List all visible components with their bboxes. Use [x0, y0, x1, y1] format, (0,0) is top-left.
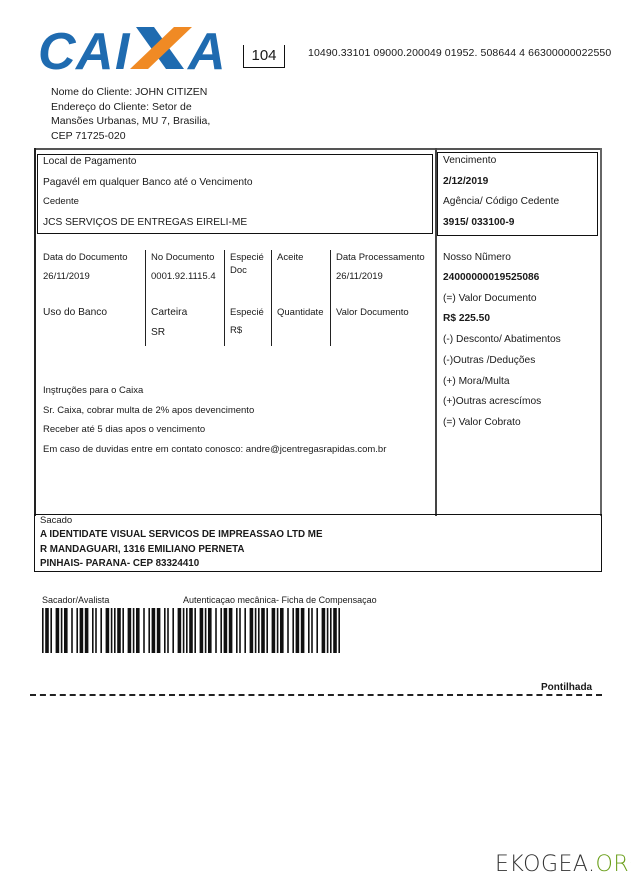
frame-top [34, 148, 601, 150]
autenticacao-label: Autenticaçao mecânica- Ficha de Compensa… [183, 595, 377, 605]
grid-divider [145, 250, 146, 346]
nosso-numero-value: 24000000019525086 [443, 272, 539, 283]
client-info: Nome do Cliente: JOHN CITIZEN Endereço d… [51, 85, 210, 143]
svg-text:C: C [38, 24, 77, 72]
instruction-line: Receber até 5 dias apos o vencimento [43, 424, 205, 435]
bank-code: 104 [243, 45, 285, 68]
sacado-city: PINHAIS- PARANA- CEP 83324410 [40, 558, 199, 569]
grid-divider [271, 250, 272, 346]
grid-divider [330, 250, 331, 346]
svg-text:A: A [186, 24, 226, 72]
especie-doc-label-2: Doc [230, 265, 247, 276]
cedente-value: JCS SERVIÇOS DE ENTREGAS EIRELI-ME [43, 217, 247, 228]
sacador-label: Sacador/Avalista [42, 595, 109, 605]
vencimento-label: Vencimento [443, 155, 496, 166]
nosso-numero-label: Nosso Nũmero [443, 252, 511, 263]
frame-left [34, 148, 36, 516]
data-documento-value: 26/11/2019 [43, 271, 90, 282]
caixa-logo: C A I A [38, 24, 230, 72]
agencia-label: Agência/ Código Cedente [443, 196, 559, 207]
agencia-value: 3915/ 033100-9 [443, 217, 514, 228]
uso-banco-label: Uso do Banco [43, 307, 107, 318]
cedente-label: Cedente [43, 196, 79, 207]
especie-label: Especié [230, 307, 264, 318]
svg-text:A: A [74, 24, 114, 72]
watermark: EKOGEA.ORG [495, 852, 631, 877]
especie-doc-label: Especié [230, 252, 264, 263]
sacado-label: Sacado [40, 515, 72, 526]
digitable-line: 10490.33101 09000.200049 01952. 508644 4… [308, 47, 611, 59]
instruction-line: Em caso de duvidas entre em contato cono… [43, 444, 386, 455]
sacado-name: A IDENTIDATE VISUAL SERVICOS DE IMPREASS… [40, 529, 323, 540]
sacado-address: R MANDAGUARI, 1316 EMILIANO PERNETA [40, 544, 245, 555]
svg-text:I: I [115, 24, 131, 72]
local-pagamento-label: Local de Pagamento [43, 156, 136, 167]
valor-cobrado-label: (=) Valor Cobrato [443, 417, 521, 428]
desconto-label: (-) Desconto/ Abatimentos [443, 334, 561, 345]
client-name: Nome do Cliente: JOHN CITIZEN [51, 85, 210, 100]
carteira-label: Carteira [151, 307, 187, 318]
instructions-title: Inştruções para o Caixa [43, 385, 143, 396]
client-address-line: Endereço do Cliente: Setor de [51, 100, 210, 115]
no-documento-value: 0001.92.1115.4 [151, 271, 216, 282]
data-processamento-value: 26/11/2019 [336, 271, 383, 282]
valor-documento-label: Valor Documento [336, 307, 409, 318]
valor-documento-right-value: R$ 225.50 [443, 313, 490, 324]
outras-deducoes-label: (-)Outras /Deduções [443, 355, 535, 366]
data-documento-label: Data do Documento [43, 252, 128, 263]
cut-line [30, 694, 602, 696]
barcode [42, 608, 342, 653]
instruction-line: Sr. Caixa, cobrar multa de 2% apos deven… [43, 405, 254, 416]
quantidade-label: Quantidate [277, 307, 323, 318]
client-address-line: Mansões Urbanas, MU 7, Brasilia, [51, 114, 210, 129]
no-documento-label: No Documento [151, 252, 214, 263]
vencimento-value: 2/12/2019 [443, 176, 488, 187]
pontilhada-label: Pontilhada [541, 682, 592, 693]
especie-value: R$ [230, 325, 242, 336]
valor-documento-right-label: (=) Valor Documento [443, 293, 537, 304]
watermark-main: EKOGEA. [495, 852, 596, 877]
frame-right [600, 148, 602, 516]
aceite-label: Aceite [277, 252, 303, 263]
watermark-suffix: ORG [596, 852, 631, 877]
data-processamento-label: Data Processamento [336, 252, 425, 263]
outros-acrescimos-label: (+)Outras acrescímos [443, 396, 541, 407]
mora-multa-label: (+) Mora/Multa [443, 376, 510, 387]
local-pagamento-value: Pagavél em qualquer Banco até o Vencimen… [43, 177, 253, 188]
grid-divider [224, 250, 225, 346]
carteira-value: SR [151, 327, 165, 338]
client-address-line: CEP 71725-020 [51, 129, 210, 144]
